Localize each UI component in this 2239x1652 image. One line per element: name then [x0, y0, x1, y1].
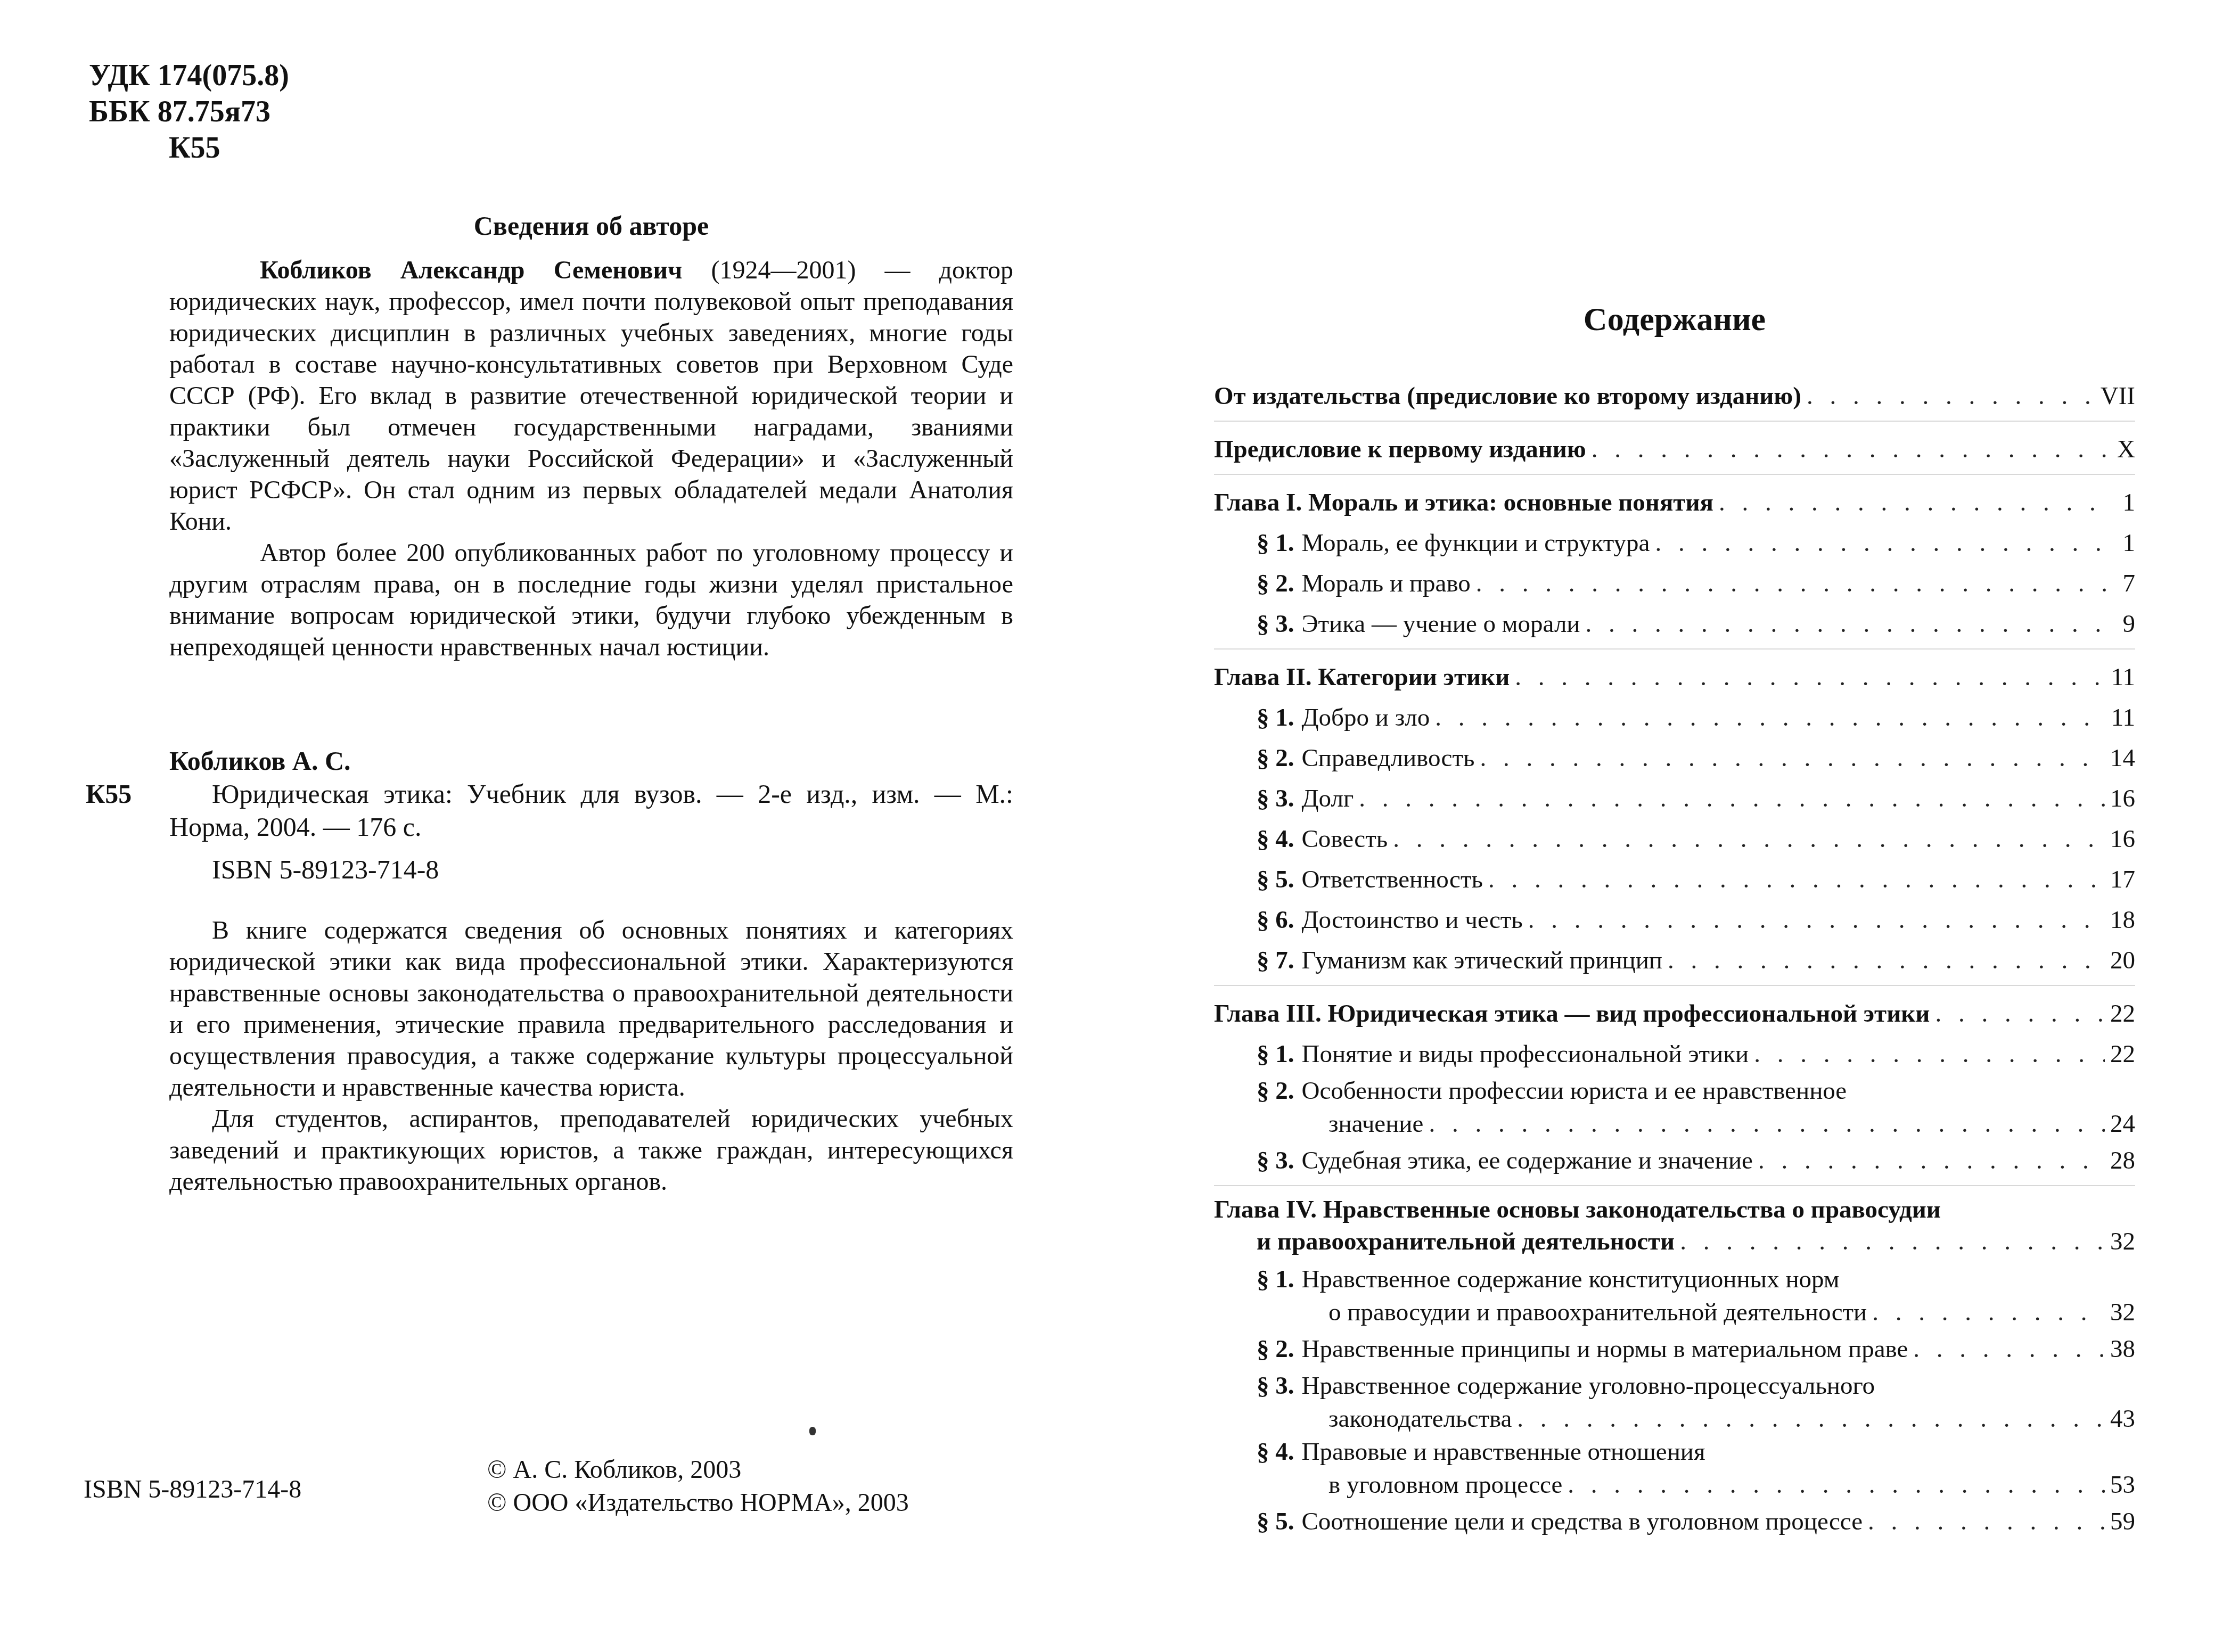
author-mark: К55	[89, 130, 289, 166]
toc-label: Гуманизм как этический принцип	[1302, 947, 1663, 974]
section-number: § 3.	[1257, 1147, 1294, 1174]
leader-dots	[1758, 1140, 2105, 1181]
toc-page-number: 20	[2110, 940, 2135, 981]
udk-code: УДК 174(075.8)	[89, 57, 289, 94]
toc-page-number: 43	[2110, 1402, 2135, 1435]
print-speck	[809, 1427, 816, 1435]
toc-page-number: 14	[2110, 738, 2135, 778]
leader-dots	[1807, 376, 2095, 416]
section-number: § 3.	[1257, 610, 1294, 638]
leader-dots	[1655, 523, 2109, 563]
toc-label: Справедливость	[1302, 744, 1475, 772]
toc-label: Долг	[1302, 785, 1354, 812]
toc-entry-ch4-s3[interactable]: § 3.Нравственное содержание уголовно-про…	[1214, 1369, 2135, 1435]
copyright-block: © А. С. Кобликов, 2003 © ООО «Издательст…	[487, 1453, 909, 1519]
toc-entry-ch3-s3[interactable]: § 3.Судебная этика, ее содержание и знач…	[1214, 1140, 2135, 1181]
toc-entry-ch1-s3[interactable]: § 3.Этика — учение о морали 9	[1214, 604, 2135, 644]
toc-entry-ch3-s1[interactable]: § 1.Понятие и виды профессиональной этик…	[1214, 1034, 2135, 1074]
toc-label-line-1: Правовые и нравственные отношения	[1302, 1438, 1705, 1466]
leader-dots	[1568, 1468, 2105, 1501]
toc-label: Нравственные принципы и нормы в материал…	[1302, 1335, 1908, 1363]
toc-chapter-2: Глава II. Категории этики 11 § 1.Добро и…	[1214, 654, 2135, 986]
toc-front-matter-2: Предисловие к первому изданию X	[1214, 426, 2135, 475]
bibliographic-record: Кобликов А. С. К55 Юридическая этика: Уч…	[169, 744, 1013, 886]
section-number: § 1.	[1257, 704, 1294, 732]
toc-page-number: 28	[2110, 1140, 2135, 1181]
toc-label-line-1: Нравственное содержание конституционных …	[1302, 1265, 1840, 1293]
toc-entry-chapter-1[interactable]: Глава I. Мораль и этика: основные поняти…	[1214, 482, 2135, 523]
leader-dots	[1680, 1226, 2105, 1258]
section-number: § 7.	[1257, 947, 1294, 974]
section-number: § 3.	[1257, 785, 1294, 812]
toc-label-line-2: значение	[1328, 1107, 1423, 1140]
biblio-author-mark: К55	[86, 777, 132, 810]
about-paragraph-1-text: (1924—2001) — доктор юридических наук, п…	[169, 256, 1013, 536]
toc-entry-ch4-s5[interactable]: § 5.Соотношение цели и средства в уголов…	[1214, 1501, 2135, 1542]
biblio-author: Кобликов А. С.	[169, 744, 1013, 777]
leader-dots	[1913, 1329, 2105, 1369]
bbk-code: ББК 87.75я73	[89, 94, 289, 130]
toc-entry-ch2-s5[interactable]: § 5.Ответственность 17	[1214, 859, 2135, 900]
toc-entry-chapter-4[interactable]: Глава IV. Нравственные основы законодате…	[1214, 1194, 2135, 1258]
toc-page-number: 16	[2110, 819, 2135, 859]
section-number: § 1.	[1257, 1040, 1294, 1068]
toc-page-number: 38	[2110, 1329, 2135, 1369]
leader-dots	[1393, 819, 2105, 859]
footer-isbn: ISBN 5-89123-714-8	[84, 1475, 301, 1504]
toc-label: От издательства (предисловие ко второму …	[1214, 376, 1801, 416]
leader-dots	[1754, 1034, 2105, 1074]
toc-label-line-1: Нравственное содержание уголовно-процесс…	[1302, 1372, 1875, 1400]
leader-dots	[1435, 697, 2106, 738]
toc-page-number: 11	[2111, 697, 2135, 738]
copyright-author: © А. С. Кобликов, 2003	[487, 1453, 909, 1486]
leader-dots	[1586, 604, 2109, 644]
toc-label: Совесть	[1302, 825, 1388, 853]
classification-codes: УДК 174(075.8) ББК 87.75я73 К55	[89, 57, 289, 166]
toc-chapter-1: Глава I. Мораль и этика: основные поняти…	[1214, 479, 2135, 650]
toc-front-matter: От издательства (предисловие ко второму …	[1214, 373, 2135, 422]
leader-dots	[1868, 1501, 2105, 1542]
toc-entry-publisher-foreword[interactable]: От издательства (предисловие ко второму …	[1214, 376, 2135, 416]
toc-label: Этика — учение о морали	[1302, 610, 1580, 638]
toc-page-number: 24	[2110, 1107, 2135, 1140]
toc-entry-ch2-s4[interactable]: § 4.Совесть 16	[1214, 819, 2135, 859]
leader-dots	[1528, 900, 2105, 940]
toc-entry-ch2-s1[interactable]: § 1.Добро и зло 11	[1214, 697, 2135, 738]
toc-page-number: 9	[2114, 604, 2135, 644]
leader-dots	[1488, 859, 2105, 900]
about-author-text: Кобликов Александр Семенович (1924—2001)…	[169, 254, 1013, 663]
about-paragraph-1: Кобликов Александр Семенович (1924—2001)…	[169, 254, 1013, 537]
section-number: § 1.	[1257, 1265, 1294, 1293]
section-number: § 3.	[1257, 1372, 1294, 1400]
toc-label: Ответственность	[1302, 866, 1483, 893]
toc-entry-first-edition-preface[interactable]: Предисловие к первому изданию X	[1214, 429, 2135, 470]
leader-dots	[1668, 940, 2105, 981]
annotation-paragraph-1: В книге содержатся сведения об основных …	[169, 915, 1013, 1103]
toc-entry-ch4-s4[interactable]: § 4.Правовые и нравственные отношения в …	[1214, 1435, 2135, 1501]
table-of-contents: От издательства (предисловие ко второму …	[1214, 373, 2135, 1550]
toc-label: Предисловие к первому изданию	[1214, 429, 1586, 470]
section-number: § 2.	[1257, 570, 1294, 597]
toc-label: Достоинство и честь	[1302, 906, 1523, 934]
toc-page-number: 16	[2110, 778, 2135, 819]
biblio-description: Юридическая этика: Учебник для вузов. — …	[169, 777, 1013, 843]
toc-chapter-3: Глава III. Юридическая этика — вид профе…	[1214, 990, 2135, 1186]
author-full-name: Кобликов Александр Семенович	[260, 256, 682, 284]
toc-page-number: 17	[2110, 859, 2135, 900]
toc-page-number: X	[2114, 429, 2135, 470]
toc-page-number: 18	[2110, 900, 2135, 940]
about-author-heading: Сведения об авторе	[169, 210, 1013, 241]
leader-dots	[1935, 993, 2105, 1034]
toc-label-line-2: законодательства	[1328, 1402, 1512, 1435]
toc-entry-ch1-s2[interactable]: § 2.Мораль и право 7	[1214, 563, 2135, 604]
toc-page-number: VII	[2101, 376, 2135, 416]
toc-label: Соотношение цели и средства в уголовном …	[1302, 1508, 1863, 1535]
annotation: В книге содержатся сведения об основных …	[169, 915, 1013, 1197]
leader-dots	[1359, 778, 2105, 819]
toc-label-line-2: о правосудии и правоохранительной деятел…	[1328, 1296, 1867, 1329]
toc-entry-ch1-s1[interactable]: § 1.Мораль, ее функции и структура 1	[1214, 523, 2135, 563]
leader-dots	[1476, 563, 2109, 604]
section-number: § 5.	[1257, 866, 1294, 893]
toc-page-number: 1	[2114, 482, 2135, 523]
leader-dots	[1719, 482, 2109, 523]
leader-dots	[1517, 1402, 2105, 1435]
toc-entry-ch4-s1[interactable]: § 1.Нравственное содержание конституцион…	[1214, 1263, 2135, 1329]
toc-label: Глава III. Юридическая этика — вид профе…	[1214, 993, 1930, 1034]
toc-page-number: 53	[2110, 1468, 2135, 1501]
leader-dots	[1592, 429, 2109, 470]
biblio-isbn: ISBN 5-89123-714-8	[169, 853, 1013, 886]
toc-entry-chapter-2[interactable]: Глава II. Категории этики 11	[1214, 657, 2135, 697]
leader-dots	[1480, 738, 2105, 778]
toc-label: Судебная этика, ее содержание и значение	[1302, 1147, 1753, 1174]
toc-label-line-2: в уголовном процессе	[1328, 1468, 1562, 1501]
toc-label: Мораль и право	[1302, 570, 1471, 597]
toc-entry-ch4-s2[interactable]: § 2.Нравственные принципы и нормы в мате…	[1214, 1329, 2135, 1369]
toc-entry-chapter-3[interactable]: Глава III. Юридическая этика — вид профе…	[1214, 993, 2135, 1034]
section-number: § 5.	[1257, 1508, 1294, 1535]
leader-dots	[1515, 657, 2106, 697]
toc-page-number: 22	[2110, 1034, 2135, 1074]
toc-label-line-1: Особенности профессии юриста и ее нравст…	[1302, 1077, 1847, 1105]
toc-page-number: 32	[2110, 1296, 2135, 1329]
toc-entry-ch2-s2[interactable]: § 2.Справедливость 14	[1214, 738, 2135, 778]
annotation-paragraph-2: Для студентов, аспирантов, преподавателе…	[169, 1103, 1013, 1197]
toc-label-line-2: и правоохранительной деятельности	[1257, 1226, 1675, 1258]
toc-label: Добро и зло	[1302, 704, 1430, 732]
toc-page-number: 1	[2114, 523, 2135, 563]
section-number: § 4.	[1257, 1438, 1294, 1466]
toc-label-line-1: Глава IV. Нравственные основы законодате…	[1214, 1194, 2135, 1226]
section-number: § 1.	[1257, 529, 1294, 557]
leader-dots	[1872, 1296, 2105, 1329]
section-number: § 2.	[1257, 744, 1294, 772]
toc-page-number: 32	[2110, 1226, 2135, 1258]
toc-entry-ch2-s6[interactable]: § 6.Достоинство и честь 18	[1214, 900, 2135, 940]
about-paragraph-2: Автор более 200 опубликованных работ по …	[169, 537, 1013, 663]
toc-page-number: 11	[2111, 657, 2135, 697]
toc-page-number: 22	[2110, 993, 2135, 1034]
toc-entry-ch2-s3[interactable]: § 3.Долг 16	[1214, 778, 2135, 819]
copyright-publisher: © ООО «Издательство НОРМА», 2003	[487, 1486, 909, 1519]
toc-page-number: 59	[2110, 1501, 2135, 1542]
leader-dots	[1429, 1107, 2105, 1140]
toc-label: Понятие и виды профессиональной этики	[1302, 1040, 1749, 1068]
section-number: § 6.	[1257, 906, 1294, 934]
section-number: § 2.	[1257, 1335, 1294, 1363]
section-number: § 2.	[1257, 1077, 1294, 1105]
toc-heading: Содержание	[1214, 301, 2135, 339]
toc-page-number: 7	[2114, 563, 2135, 604]
toc-entry-ch2-s7[interactable]: § 7.Гуманизм как этический принцип 20	[1214, 940, 2135, 981]
toc-label: Глава I. Мораль и этика: основные поняти…	[1214, 482, 1713, 523]
toc-label: Глава II. Категории этики	[1214, 657, 1510, 697]
section-number: § 4.	[1257, 825, 1294, 853]
toc-entry-ch3-s2[interactable]: § 2.Особенности профессии юриста и ее нр…	[1214, 1074, 2135, 1140]
toc-chapter-4: Глава IV. Нравственные основы законодате…	[1214, 1190, 2135, 1546]
toc-label: Мораль, ее функции и структура	[1302, 529, 1650, 557]
